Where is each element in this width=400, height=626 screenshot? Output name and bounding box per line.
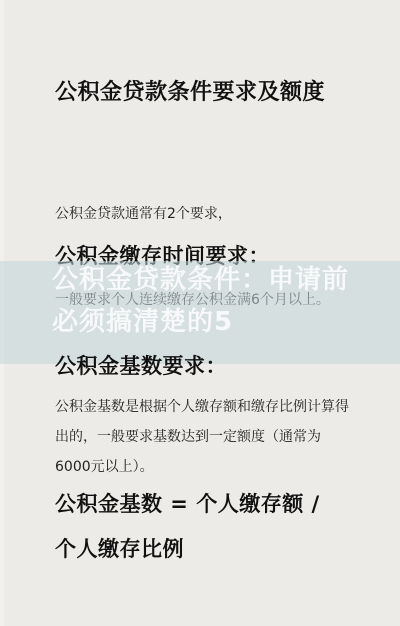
article-title: 公积金贷款条件要求及额度 [55, 70, 355, 116]
overlay-title: 公积金贷款条件：申请前必须搞清楚的5 [52, 259, 352, 343]
article-page: 公积金贷款条件要求及额度 公积金贷款通常有2个要求， 公积金缴存时间要求： 一般… [0, 0, 400, 626]
section-body-base: 公积金基数是根据个人缴存额和缴存比例计算得出的，一般要求基数达到一定额度（通常为… [55, 392, 355, 482]
section-heading-base: 公积金基数要求： [55, 350, 227, 380]
intro-text: 公积金贷款通常有2个要求， [55, 204, 232, 224]
formula-text: 公积金基数 = 个人缴存额 / 个人缴存比例 [55, 482, 345, 572]
